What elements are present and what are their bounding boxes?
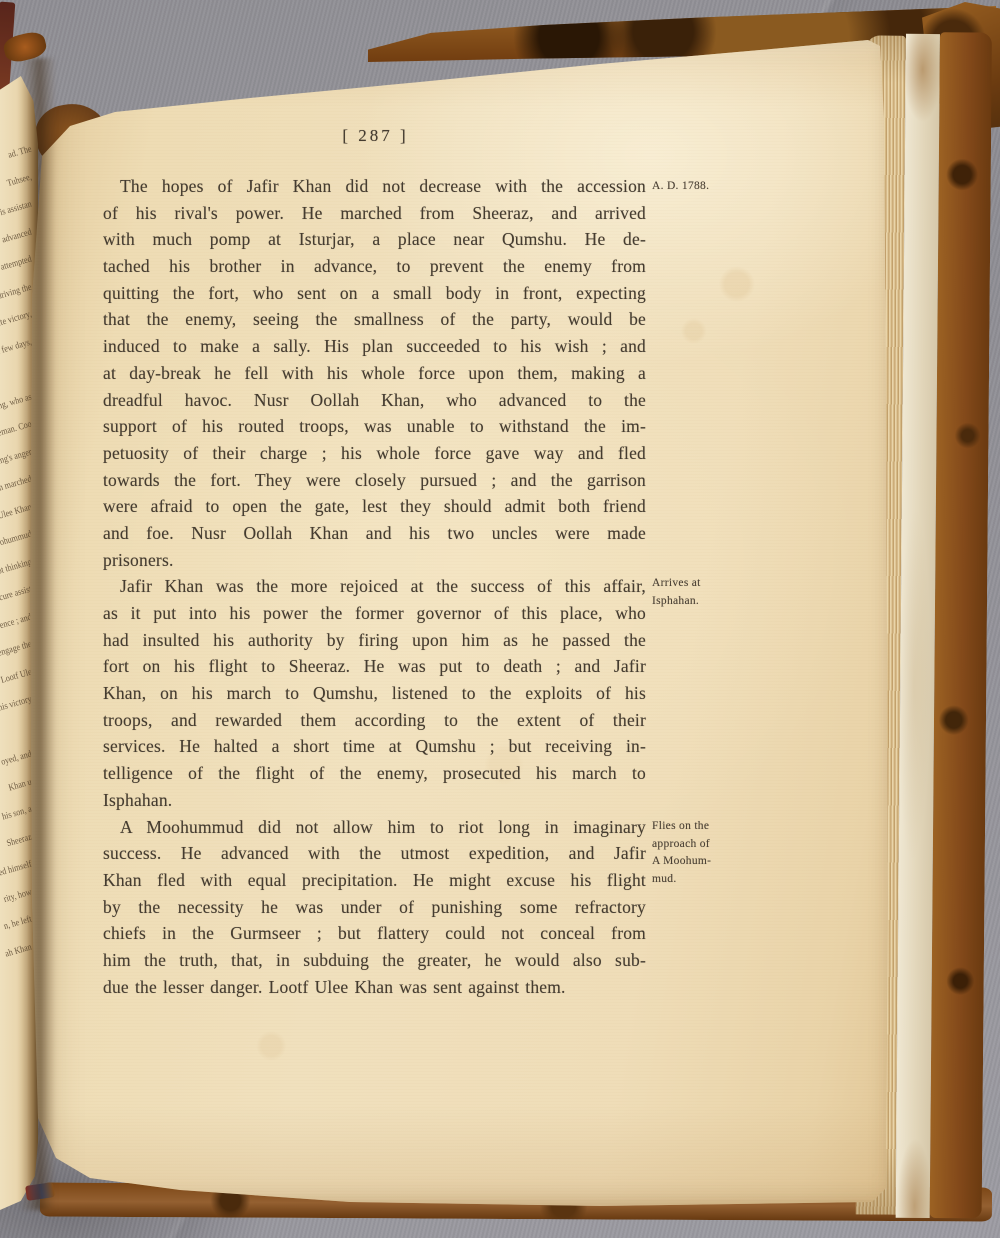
photograph-of-open-book: ad. TheTuhsee,is assistaney advancedey a…: [0, 0, 1000, 1238]
margin-note-flies-on-approach: Flies on the approach of A Moohum- mud.: [652, 818, 754, 888]
text-line: by the necessity he was under of punishi…: [103, 897, 646, 924]
text-line: were afraid to open the gate, lest they …: [103, 496, 646, 523]
text-line: and foe. Nusr Oollah Khan and his two un…: [103, 523, 646, 550]
text-line: with much pomp at Isturjar, a place near…: [103, 229, 646, 256]
book-cover-right-board: [930, 32, 992, 1218]
book-page-287: [ 287 ] The hopes of Jafir Khan did not …: [30, 38, 892, 1210]
text-line: induced to make a sally. His plan succee…: [103, 336, 646, 363]
text-line: troops, and rewarded them according to t…: [103, 710, 646, 737]
text-line: petuosity of their charge ; his whole fo…: [103, 443, 646, 470]
text-line: Isphahan.: [103, 790, 646, 817]
text-line: Khan fled with equal precipitation. He m…: [103, 870, 646, 897]
text-line: prisoners.: [103, 550, 646, 577]
margin-note-date: A. D. 1788.: [652, 178, 754, 196]
page-number: [ 287 ]: [105, 126, 646, 146]
text-line: services. He halted a short time at Qums…: [103, 736, 646, 763]
text-line: had insulted his authority by firing upo…: [103, 630, 646, 657]
text-line: at day-break he fell with his whole forc…: [103, 363, 646, 390]
text-line: dreadful havoc. Nusr Oollah Khan, who ad…: [103, 390, 646, 417]
text-line: due the lesser danger. Lootf Ulee Khan w…: [103, 977, 646, 1004]
text-line: chiefs in the Gurmseer ; but flattery co…: [103, 923, 646, 950]
gutter-shadow: [20, 58, 56, 1210]
text-line: quitting the fort, who sent on a small b…: [103, 283, 646, 310]
text-line: A Moohummud did not allow him to riot lo…: [103, 817, 646, 844]
text-line: telligence of the flight of the enemy, p…: [103, 763, 646, 790]
text-line: success. He advanced with the utmost exp…: [103, 843, 646, 870]
text-line: him the truth, that, in subduing the gre…: [103, 950, 646, 977]
text-line: tached his brother in advance, to preven…: [103, 256, 646, 283]
text-line: as it put into his power the former gove…: [103, 603, 646, 630]
margin-note-arrives-at-isphahan: Arrives at Isphahan.: [652, 575, 754, 610]
text-line: that the enemy, seeing the smallness of …: [103, 309, 646, 336]
text-line: fort on his flight to Sheeraz. He was pu…: [103, 656, 646, 683]
body-text: The hopes of Jafir Khan did not decrease…: [103, 176, 646, 1003]
text-line: Khan, on his march to Qumshu, listened t…: [103, 683, 646, 710]
text-line: support of his routed troops, was unable…: [103, 416, 646, 443]
text-line: Jafir Khan was the more rejoiced at the …: [103, 576, 646, 603]
text-line: of his rival's power. He marched from Sh…: [103, 203, 646, 230]
text-line: towards the fort. They were closely purs…: [103, 470, 646, 497]
text-line: The hopes of Jafir Khan did not decrease…: [103, 176, 646, 203]
